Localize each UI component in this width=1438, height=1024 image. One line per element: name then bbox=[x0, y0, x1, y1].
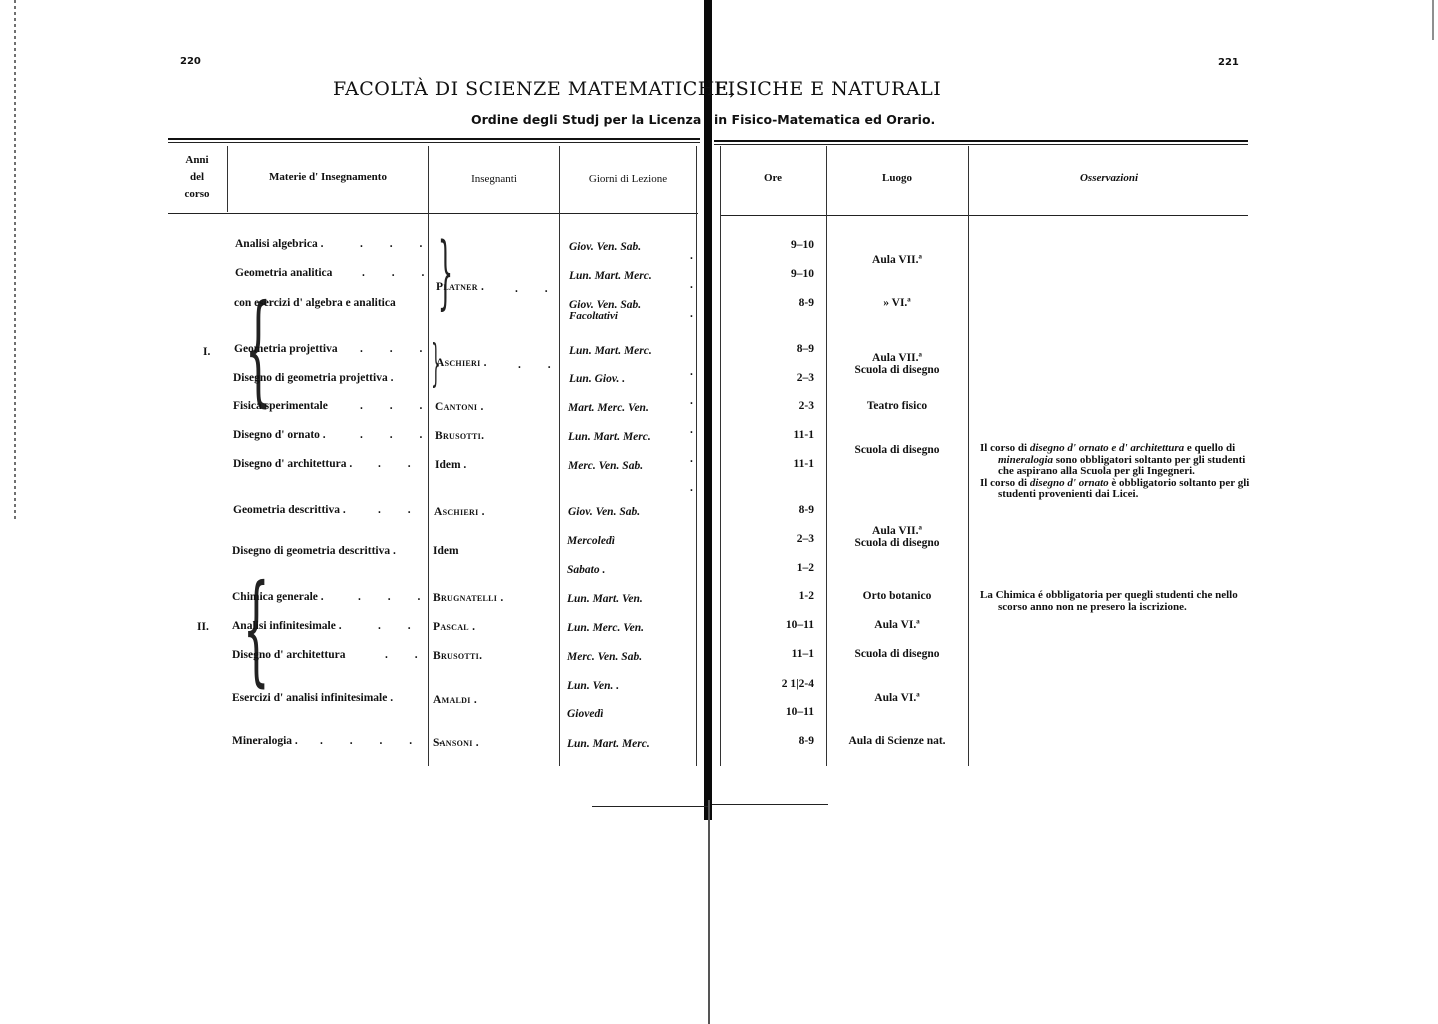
teacher: Brusotti. bbox=[435, 430, 484, 442]
ore: 2-3 bbox=[764, 400, 814, 412]
header-anni-del-corso: Anni del corso bbox=[170, 152, 224, 203]
row-materia: Fisica sperimentale bbox=[233, 400, 328, 412]
platner-brace-icon: } bbox=[438, 232, 453, 312]
luogo: Aula di Scienze nat. bbox=[828, 735, 966, 747]
giorni: Giov. Ven. Sab. bbox=[568, 506, 640, 518]
obs-text: Il corso di bbox=[980, 477, 1030, 489]
ore: 2 1|2-4 bbox=[764, 678, 814, 690]
giorni: Lun. Merc. Ven. bbox=[567, 622, 644, 634]
leader-dots: . . bbox=[378, 504, 423, 516]
luogo: Aula VI.ª bbox=[828, 619, 966, 631]
page-subtitle-right: in Fisico-Matematica ed Orario. bbox=[714, 112, 935, 127]
observation-note-chimica: La Chimica é obbligatoria per quegli stu… bbox=[980, 590, 1254, 613]
header-anni-line1: Anni bbox=[170, 152, 224, 169]
teacher: Idem . bbox=[435, 459, 466, 471]
luogo: Scuola di disegno bbox=[828, 444, 966, 456]
row-materia: Esercizi d' analisi infinitesimale . bbox=[232, 692, 393, 704]
teacher: Sansoni . bbox=[433, 737, 479, 749]
ore: 8-9 bbox=[764, 735, 814, 747]
giorni: Lun. Giov. . bbox=[569, 373, 625, 385]
ore: 9–10 bbox=[764, 268, 814, 280]
giorni: Lun. Mart. Merc. bbox=[568, 431, 651, 443]
leader-dots: . . . bbox=[360, 429, 434, 441]
luogo: Aula VII.ª bbox=[828, 525, 966, 537]
col-sep-anni bbox=[227, 146, 228, 212]
ore: 2–3 bbox=[764, 533, 814, 545]
leader-dots: . . bbox=[378, 458, 423, 470]
header-anni-line2: del bbox=[170, 169, 224, 186]
table-top-rule-right bbox=[714, 140, 1248, 142]
row-materia: Analisi algebrica . bbox=[235, 238, 324, 250]
luogo: Aula VII.ª bbox=[828, 352, 966, 364]
header-rule-left bbox=[168, 213, 698, 214]
ore: 8–9 bbox=[764, 343, 814, 355]
col-sep-insegnanti bbox=[559, 146, 560, 766]
row-materia: Mineralogia . bbox=[232, 735, 298, 747]
header-luogo: Luogo bbox=[828, 172, 966, 184]
book-spine-lower bbox=[708, 800, 710, 1024]
year-label-1: I. bbox=[203, 346, 210, 358]
giorni: Mart. Merc. Ven. bbox=[568, 402, 649, 414]
col-sep-luogo bbox=[968, 146, 969, 766]
scan-right-edge bbox=[1432, 0, 1434, 40]
row-materia: Chimica generale . bbox=[232, 591, 324, 603]
teacher: Idem bbox=[433, 545, 459, 557]
leader-dots: . . . bbox=[360, 343, 434, 355]
giorni: Mercoledì bbox=[567, 535, 615, 547]
row-materia: Geometria analitica bbox=[235, 267, 332, 279]
teacher: Cantoni . bbox=[435, 401, 484, 413]
ore: 11-1 bbox=[764, 429, 814, 441]
luogo: Scuola di disegno bbox=[828, 537, 966, 549]
header-giorni: Giorni di Lezione bbox=[561, 173, 695, 185]
luogo: Scuola di disegno bbox=[828, 364, 966, 376]
year-label-2: II. bbox=[197, 621, 209, 633]
obs-italic: disegno d' ornato bbox=[1030, 477, 1109, 489]
ore: 11-1 bbox=[764, 458, 814, 470]
obs-italic: disegno d' ornato e d' architettura bbox=[1030, 442, 1184, 454]
giorni: Giovedì bbox=[567, 708, 603, 720]
table-top-rule-left bbox=[168, 138, 700, 140]
giorni: Merc. Ven. Sab. bbox=[567, 651, 642, 663]
giorni: Giov. Ven. Sab. bbox=[569, 241, 641, 253]
ore: 2–3 bbox=[764, 372, 814, 384]
table-top-rule-right-2 bbox=[714, 144, 1248, 145]
leader-dots: . . . bbox=[358, 591, 432, 603]
row-materia: Disegno d' architettura bbox=[232, 649, 346, 661]
ore: 8-9 bbox=[764, 297, 814, 309]
teacher: Brusotti. bbox=[433, 650, 482, 662]
luogo: » VI.ª bbox=[828, 297, 966, 309]
giorni-leader-dots: . . . . . . . . bbox=[690, 242, 693, 503]
giorni: Lun. Mart. Merc. bbox=[567, 738, 650, 750]
header-ore: Ore bbox=[722, 172, 824, 184]
giorni: Lun. Mart. Ven. bbox=[567, 593, 643, 605]
teacher: Aschieri . bbox=[434, 506, 485, 518]
leader-dots: . . bbox=[385, 649, 430, 661]
header-insegnanti: Insegnanti bbox=[430, 173, 558, 185]
ore: 1-2 bbox=[764, 590, 814, 602]
col-sep-giorni bbox=[696, 146, 697, 766]
luogo: Orto botanico bbox=[828, 590, 966, 602]
header-osservazioni: Osservazioni bbox=[970, 172, 1248, 184]
giorni: Lun. Mart. Merc. bbox=[569, 270, 652, 282]
page-subtitle-left: Ordine degli Studj per la Licenza bbox=[471, 112, 701, 127]
right-page-number: 221 bbox=[1218, 57, 1239, 68]
row-materia: Analisi infinitesimale . bbox=[232, 620, 342, 632]
teacher-platner: Platner . bbox=[436, 281, 484, 293]
giorni: Merc. Ven. Sab. bbox=[568, 460, 643, 472]
col-sep-ore bbox=[826, 146, 827, 766]
luogo: Aula VI.ª bbox=[828, 692, 966, 704]
teacher: Amaldi . bbox=[433, 694, 477, 706]
leader-dots: . . bbox=[515, 283, 560, 295]
teacher: Pascal . bbox=[433, 621, 475, 633]
page-title-right: FISICHE E NATURALI bbox=[714, 78, 941, 100]
ore: 8-9 bbox=[764, 504, 814, 516]
header-materie: Materie d' Insegnamento bbox=[230, 171, 426, 183]
ore: 9–10 bbox=[764, 239, 814, 251]
leader-dots: . . bbox=[518, 359, 563, 371]
row-materia: Disegno di geometria descrittiva . bbox=[232, 545, 396, 557]
bottom-rule-right bbox=[712, 804, 828, 805]
col-sep-ore-left bbox=[720, 146, 721, 766]
obs-text: Il corso di bbox=[980, 442, 1030, 454]
book-spine bbox=[704, 0, 712, 820]
header-rule-right bbox=[720, 215, 1248, 216]
row-materia: Disegno di geometria projettiva . bbox=[233, 372, 393, 384]
row-materia: Geometria projettiva bbox=[234, 343, 338, 355]
giorni: Sabato . bbox=[567, 564, 605, 576]
row-materia: Geometria descrittiva . bbox=[233, 504, 346, 516]
luogo: Aula VII.ª bbox=[828, 254, 966, 266]
ore: 11–1 bbox=[764, 648, 814, 660]
giorni: Lun. Ven. . bbox=[567, 680, 619, 692]
ore: 1–2 bbox=[764, 562, 814, 574]
luogo: Scuola di disegno bbox=[828, 648, 966, 660]
luogo: Teatro fisico bbox=[828, 400, 966, 412]
scan-left-edge bbox=[14, 0, 16, 520]
bottom-rule-left bbox=[592, 806, 708, 807]
giorni: Lun. Mart. Merc. bbox=[569, 345, 652, 357]
row-materia: con esercizi d' algebra e analitica bbox=[234, 297, 396, 309]
page-title-left: FACOLTÀ DI SCIENZE MATEMATICHE, bbox=[333, 78, 736, 100]
left-page-number: 220 bbox=[180, 56, 201, 67]
leader-dots: . . bbox=[378, 620, 423, 632]
leader-dots: . . . bbox=[360, 400, 434, 412]
obs-text: e quello di bbox=[1184, 442, 1235, 454]
observation-note-1: Il corso di disegno d' ornato e d' archi… bbox=[980, 443, 1254, 501]
leader-dots: . . . bbox=[360, 238, 434, 250]
teacher-aschieri: Aschieri . bbox=[436, 357, 487, 369]
table-top-rule-left-2 bbox=[168, 142, 700, 143]
header-anni-line3: corso bbox=[170, 186, 224, 203]
obs-italic: mineralogia bbox=[998, 454, 1053, 466]
row-materia: Disegno d' architettura . bbox=[233, 458, 352, 470]
row-materia: Disegno d' ornato . bbox=[233, 429, 326, 441]
giorni-note: Facoltativi bbox=[569, 310, 618, 322]
leader-dots: . . . bbox=[362, 267, 436, 279]
teacher: Brugnatelli . bbox=[433, 592, 504, 604]
obs-text: La Chimica é obbligatoria per quegli stu… bbox=[980, 590, 1254, 613]
ore: 10–11 bbox=[764, 706, 814, 718]
ore: 10–11 bbox=[764, 619, 814, 631]
